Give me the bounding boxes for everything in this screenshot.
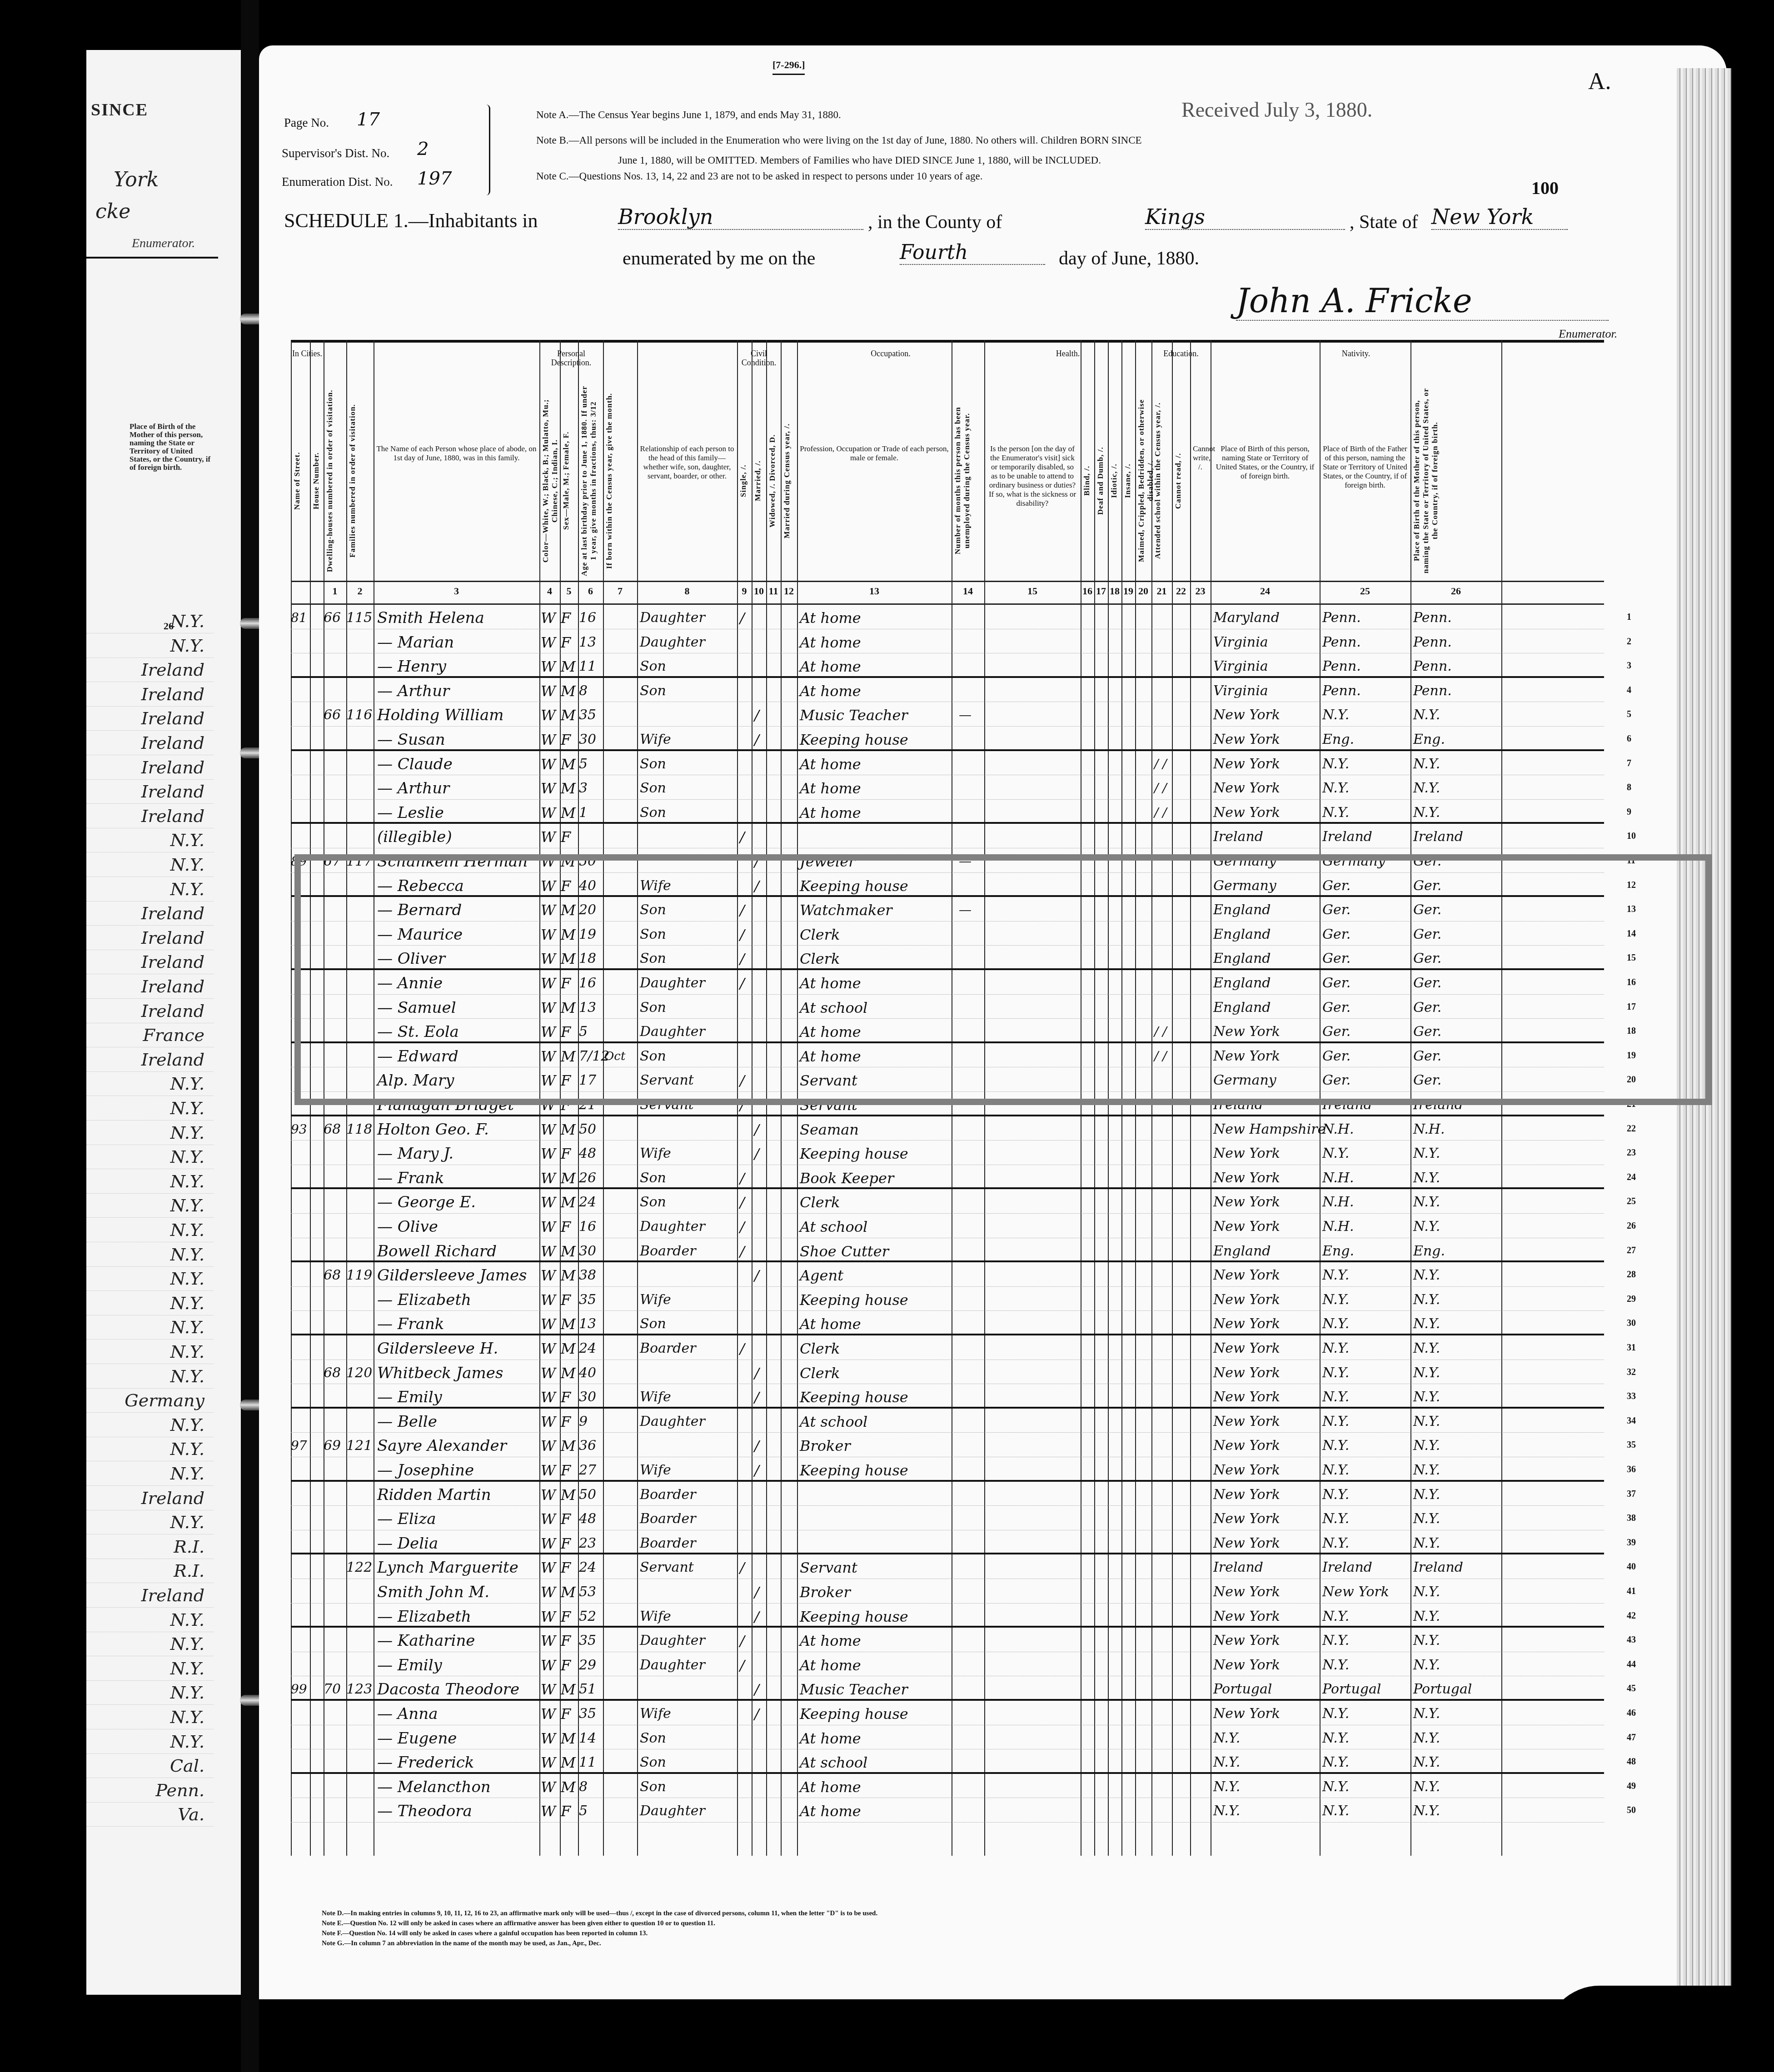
cell-house: [291, 1533, 310, 1554]
enumeration-district-value: 197: [417, 168, 452, 189]
cell-color: W: [541, 1752, 559, 1773]
cell-color: W: [541, 778, 559, 799]
cell-color: W: [541, 1314, 559, 1335]
cell-mother: Penn.: [1413, 632, 1502, 653]
cell-name: — Claude: [377, 754, 541, 775]
cell-color: W: [541, 1533, 559, 1554]
cell-family: 115: [346, 608, 374, 628]
table-row: — ElizaWF48BoarderNew YorkN.Y.N.Y.38: [291, 1506, 1604, 1530]
cell-father: N.Y.: [1322, 1533, 1411, 1554]
cell-name: — Anna: [377, 1703, 541, 1724]
cell-occupation: Keeping house: [800, 1143, 950, 1164]
cell-mother: N.Y.: [1413, 1728, 1502, 1749]
cell-school: [1154, 1435, 1195, 1456]
cell-month: [604, 656, 636, 677]
cell-month: [604, 1777, 636, 1798]
line-number: 10: [1627, 831, 1636, 842]
cell-name: — Eliza: [377, 1509, 541, 1529]
cell-mother: N.Y.: [1413, 1387, 1502, 1408]
cell-age: 38: [579, 1265, 604, 1286]
cell-name: — Emily: [377, 1387, 541, 1408]
cell-house: [291, 1630, 310, 1651]
cell-family: [346, 1168, 374, 1189]
cell-family: [346, 1460, 374, 1481]
cell-dwelling: 66: [324, 608, 346, 628]
cell-dwelling: [324, 802, 346, 823]
cell-mother: N.Y.: [1413, 754, 1502, 775]
cell-family: [346, 1314, 374, 1335]
cell-birth: Ireland: [1213, 1557, 1321, 1578]
table-row: — ElizabethWF52Wife/Keeping houseNew Yor…: [291, 1604, 1604, 1628]
highlighted-household-box: [294, 854, 1712, 1105]
column-number: 2: [346, 585, 374, 597]
left-page-row: N.Y.: [86, 609, 214, 633]
cell-month: [604, 1411, 636, 1432]
cell-occupation: [800, 1533, 950, 1554]
line-number: 7: [1627, 758, 1631, 769]
cell-color: W: [541, 1679, 559, 1700]
left-page-row: Ireland: [86, 974, 214, 999]
cell-occupation: Keeping house: [800, 1387, 950, 1408]
cell-mother: N.Y.: [1413, 1630, 1502, 1651]
left-page-row: N.Y.: [86, 1291, 214, 1315]
cell-color: W: [541, 1265, 559, 1286]
cell-color: W: [541, 656, 559, 677]
cell-month: [604, 1460, 636, 1481]
cell-age: 30: [579, 1241, 604, 1262]
state-field: New York: [1431, 204, 1568, 230]
cell-house: [291, 1801, 310, 1822]
cell-birth: New York: [1213, 802, 1321, 823]
cell-school: [1154, 1314, 1195, 1335]
column-number: 26: [1410, 585, 1501, 597]
cell-unemployed: [959, 802, 982, 823]
cell-father: N.Y.: [1322, 1435, 1411, 1456]
cell-single: [740, 681, 752, 702]
cell-mother: Penn.: [1413, 608, 1502, 628]
cell-birth: New York: [1213, 1314, 1321, 1335]
cell-sex: M: [561, 1363, 578, 1384]
column-header: Insane, /.: [1123, 385, 1133, 576]
left-page-row: N.Y.: [86, 1364, 214, 1389]
column-header: Attended school within the Census year, …: [1153, 385, 1170, 576]
column-header: Cannot write, /.: [1193, 444, 1208, 472]
cell-name: — Josephine: [377, 1460, 541, 1481]
cell-age: 48: [579, 1509, 604, 1529]
cell-dwelling: [324, 1777, 346, 1798]
line-number: 33: [1627, 1391, 1636, 1402]
cell-age: 51: [579, 1679, 604, 1700]
cell-dwelling: [324, 1168, 346, 1189]
cell-color: W: [541, 1241, 559, 1262]
left-page-row: Ireland: [86, 999, 214, 1023]
cell-month: [604, 1630, 636, 1651]
cell-color: W: [541, 1387, 559, 1408]
cell-name: — Belle: [377, 1411, 541, 1432]
cell-occupation: Clerk: [800, 1192, 950, 1213]
left-page-row: Ireland: [86, 1486, 214, 1510]
cell-month: [604, 1533, 636, 1554]
received-stamp: Received July 3, 1880.: [1181, 98, 1372, 122]
cell-color: W: [541, 632, 559, 653]
table-row: (illegible)WF/IrelandIrelandIreland10: [291, 824, 1604, 848]
cell-name: Sayre Alexander: [377, 1435, 541, 1456]
cell-name: Holding William: [377, 705, 541, 726]
cell-birth: Virginia: [1213, 632, 1321, 653]
cell-age: 16: [579, 1216, 604, 1237]
line-number: 50: [1627, 1805, 1636, 1816]
left-page-row: N.Y.: [86, 1071, 214, 1096]
cell-age: 50: [579, 1484, 604, 1505]
cell-occupation: At home: [800, 656, 950, 677]
cell-house: [291, 778, 310, 799]
cell-married: [754, 1241, 766, 1262]
left-page-mother-birthplace: Ireland: [141, 708, 204, 728]
cell-dwelling: [324, 1801, 346, 1822]
cell-unemployed: [959, 656, 982, 677]
cell-mother: N.Y.: [1413, 1606, 1502, 1627]
cell-occupation: At school: [800, 1216, 950, 1237]
cell-dwelling: [324, 729, 346, 750]
cell-unemployed: [959, 1290, 982, 1310]
cell-mother: N.Y.: [1413, 1265, 1502, 1286]
left-page-row: N.Y.: [86, 1437, 214, 1461]
line-number: 48: [1627, 1757, 1636, 1767]
cell-dwelling: [324, 754, 346, 775]
cell-color: W: [541, 1777, 559, 1798]
cell-birth: New York: [1213, 1582, 1321, 1603]
left-page-mother-birthplace: N.Y.: [170, 1732, 204, 1752]
cell-single: [740, 778, 752, 799]
cell-month: [604, 1338, 636, 1359]
cell-relation: Boarder: [640, 1509, 738, 1529]
column-number: 8: [637, 585, 737, 597]
cell-school: [1154, 1143, 1195, 1164]
cell-house: 93: [291, 1119, 310, 1140]
cell-school: [1154, 1703, 1195, 1724]
cell-name: — Elizabeth: [377, 1606, 541, 1627]
cell-month: [604, 802, 636, 823]
cell-month: [604, 1168, 636, 1189]
cell-occupation: Shoe Cutter: [800, 1241, 950, 1262]
left-page-row: Ireland: [86, 731, 214, 755]
left-page-state-fragment: York: [114, 168, 159, 191]
form-code: [7-296.]: [772, 59, 805, 75]
cell-married: /: [754, 1679, 766, 1700]
column-group-personal: Personal Description.: [539, 349, 603, 367]
cell-relation: [640, 1363, 738, 1384]
cell-color: W: [541, 827, 559, 847]
note-d: Note D.—In making entries in columns 9, …: [322, 1908, 877, 1918]
cell-age: 24: [579, 1557, 604, 1578]
cell-relation: Wife: [640, 1703, 738, 1724]
column-header: Sex—Male, M.; Female, F.: [562, 385, 576, 576]
cell-unemployed: [959, 1777, 982, 1798]
cell-birth: New York: [1213, 1265, 1321, 1286]
cell-house: [291, 1216, 310, 1237]
left-page-mother-birthplace: N.Y.: [170, 1245, 204, 1265]
cell-occupation: Broker: [800, 1582, 950, 1603]
cell-age: 11: [579, 656, 604, 677]
cell-occupation: Book Keeper: [800, 1168, 950, 1189]
cell-age: 35: [579, 1630, 604, 1651]
cell-unemployed: [959, 681, 982, 702]
cell-school: [1154, 1265, 1195, 1286]
column-number: 4: [539, 585, 560, 597]
cell-relation: Wife: [640, 1290, 738, 1310]
left-page-mother-birthplace: N.Y.: [170, 1683, 204, 1703]
cell-school: [1154, 827, 1195, 847]
cell-single: [740, 1265, 752, 1286]
cell-family: [346, 1192, 374, 1213]
cell-mother: N.Y.: [1413, 1168, 1502, 1189]
left-page-col26-header: Place of Birth of the Mother of this per…: [130, 423, 211, 472]
cell-father: N.Y.: [1322, 778, 1411, 799]
cell-father: N.H.: [1322, 1192, 1411, 1213]
cell-house: [291, 705, 310, 726]
cell-father: Ireland: [1322, 827, 1411, 847]
cell-single: [740, 1752, 752, 1773]
left-page-mother-birthplace: Cal.: [170, 1756, 204, 1776]
note-f: Note F.—Question No. 14 will only be ask…: [322, 1928, 877, 1938]
cell-single: [740, 632, 752, 653]
cell-unemployed: [959, 1728, 982, 1749]
cell-father: N.Y.: [1322, 1752, 1411, 1773]
sheet-letter: A.: [1588, 68, 1611, 95]
cell-house: [291, 1411, 310, 1432]
cell-age: 9: [579, 1411, 604, 1432]
cell-name: Holton Geo. F.: [377, 1119, 541, 1140]
cell-dwelling: 69: [324, 1435, 346, 1456]
cell-occupation: At school: [800, 1752, 950, 1773]
cell-age: 11: [579, 1752, 604, 1773]
cell-name: — George E.: [377, 1192, 541, 1213]
cell-sex: F: [561, 608, 578, 628]
column-header: Blind, /.: [1082, 385, 1092, 576]
cell-age: 5: [579, 754, 604, 775]
cell-color: W: [541, 1801, 559, 1822]
cell-father: N.Y.: [1322, 1777, 1411, 1798]
cell-dwelling: [324, 1703, 346, 1724]
cell-married: /: [754, 1703, 766, 1724]
cell-dwelling: [324, 656, 346, 677]
column-group-in-cities: In Cities.: [291, 349, 324, 358]
cell-sex: M: [561, 1777, 578, 1798]
cell-mother: N.Y.: [1413, 1460, 1502, 1481]
column-group-health: Health.: [984, 349, 1151, 358]
cell-sex: M: [561, 1728, 578, 1749]
cell-school: [1154, 729, 1195, 750]
cell-single: /: [740, 1630, 752, 1651]
left-page-mother-birthplace: N.Y.: [170, 1074, 204, 1094]
cell-house: [291, 754, 310, 775]
day-field: Fourth: [900, 241, 1045, 265]
cell-birth: N.Y.: [1213, 1752, 1321, 1773]
cell-occupation: Broker: [800, 1435, 950, 1456]
left-page-row: Ireland: [86, 682, 214, 707]
column-number: 5: [560, 585, 578, 597]
cell-month: [604, 1606, 636, 1627]
cell-month: [604, 1582, 636, 1603]
cell-month: [604, 1703, 636, 1724]
cell-school: [1154, 1216, 1195, 1237]
cell-color: W: [541, 1168, 559, 1189]
left-page-mother-birthplace: N.Y.: [170, 1415, 204, 1435]
cell-family: [346, 827, 374, 847]
line-number: 9: [1627, 807, 1631, 817]
cell-color: W: [541, 1411, 559, 1432]
left-page-row: Ireland: [86, 755, 214, 780]
line-number: 8: [1627, 782, 1631, 793]
cell-unemployed: [959, 1801, 982, 1822]
cell-relation: Son: [640, 802, 738, 823]
table-row: — ArthurWM3SonAt home/ /New YorkN.Y.N.Y.…: [291, 775, 1604, 800]
cell-unemployed: [959, 1168, 982, 1189]
cell-month: [604, 754, 636, 775]
column-header: Families numbered in order of visitation…: [348, 385, 372, 576]
cell-father: N.Y.: [1322, 1143, 1411, 1164]
cell-school: [1154, 1533, 1195, 1554]
cell-family: [346, 1533, 374, 1554]
cell-school: [1154, 1606, 1195, 1627]
left-page-strip: SINCE York cke Enumerator. Place of Birt…: [86, 50, 241, 1995]
cell-mother: N.Y.: [1413, 1143, 1502, 1164]
cell-birth: New York: [1213, 1338, 1321, 1359]
cell-month: [604, 1752, 636, 1773]
cell-birth: New York: [1213, 1630, 1321, 1651]
cell-sex: F: [561, 1703, 578, 1724]
cell-birth: N.Y.: [1213, 1728, 1321, 1749]
cell-month: [604, 1216, 636, 1237]
column-number: 18: [1108, 585, 1121, 597]
table-row: — ClaudeWM5SonAt home/ /New YorkN.Y.N.Y.…: [291, 751, 1604, 776]
column-number: 24: [1211, 585, 1320, 597]
cell-father: N.Y.: [1322, 1509, 1411, 1529]
cell-mother: N.Y.: [1413, 1363, 1502, 1384]
cell-family: [346, 729, 374, 750]
table-row: — EmilyWF29Daughter/At homeNew YorkN.Y.N…: [291, 1652, 1604, 1677]
cell-birth: Portugal: [1213, 1679, 1321, 1700]
cell-school: / /: [1154, 754, 1195, 775]
cell-age: 23: [579, 1533, 604, 1554]
cell-unemployed: [959, 778, 982, 799]
cell-house: [291, 1241, 310, 1262]
cell-sex: F: [561, 827, 578, 847]
cell-family: [346, 1509, 374, 1529]
cell-father: N.Y.: [1322, 1728, 1411, 1749]
column-header: Place of Birth of this person, naming St…: [1213, 444, 1317, 481]
cell-occupation: [800, 827, 950, 847]
column-header: Widowed, /. Divorced, D.: [768, 385, 779, 576]
left-page-row: N.Y.: [86, 1315, 214, 1340]
left-page-row: R.I.: [86, 1559, 214, 1583]
cell-unemployed: [959, 1460, 982, 1481]
cell-month: [604, 1435, 636, 1456]
left-page-row: N.Y.: [86, 1510, 214, 1534]
cell-age: 52: [579, 1606, 604, 1627]
cell-house: [291, 656, 310, 677]
cell-sex: F: [561, 1143, 578, 1164]
left-page-mother-birthplace: Ireland: [141, 660, 204, 680]
left-page-row: Ireland: [86, 706, 214, 731]
line-number: 36: [1627, 1464, 1636, 1475]
cell-dwelling: [324, 1655, 346, 1676]
cell-mother: N.Y.: [1413, 1484, 1502, 1505]
cell-mother: N.Y.: [1413, 705, 1502, 726]
line-number: 6: [1627, 734, 1631, 744]
cell-family: [346, 1777, 374, 1798]
cell-birth: New York: [1213, 1363, 1321, 1384]
cell-single: [740, 1801, 752, 1822]
cell-age: 14: [579, 1728, 604, 1749]
cell-month: [604, 632, 636, 653]
cell-dwelling: 68: [324, 1265, 346, 1286]
cell-married: [754, 681, 766, 702]
cell-birth: New York: [1213, 778, 1321, 799]
table-row: — TheodoraWF5DaughterAt homeN.Y.N.Y.N.Y.…: [291, 1798, 1604, 1823]
table-row: — OliveWF16Daughter/At schoolNew YorkN.H…: [291, 1214, 1604, 1238]
cell-mother: N.Y.: [1413, 802, 1502, 823]
cell-dwelling: [324, 1290, 346, 1310]
cell-dwelling: [324, 1411, 346, 1432]
cell-relation: [640, 1679, 738, 1700]
cell-mother: Ireland: [1413, 827, 1502, 847]
left-page-since-text: SINCE: [91, 100, 148, 120]
cell-school: [1154, 1801, 1195, 1822]
cell-birth: New York: [1213, 1216, 1321, 1237]
table-row: — MelancthonWM8SonAt homeN.Y.N.Y.N.Y.49: [291, 1774, 1604, 1798]
cell-dwelling: [324, 1338, 346, 1359]
table-row: 9368118Holton Geo. F.WM50/SeamanNew Hamp…: [291, 1116, 1604, 1141]
line-number: 4: [1627, 685, 1631, 696]
column-number: 7: [603, 585, 637, 597]
note-b-line1: Note B.—All persons will be included in …: [536, 134, 1142, 146]
cell-father: New York: [1322, 1582, 1411, 1603]
left-page-row: N.Y.: [86, 1656, 214, 1681]
column-number: 23: [1190, 585, 1211, 597]
left-page-mother-birthplace: N.Y.: [170, 1123, 204, 1143]
cell-color: W: [541, 1728, 559, 1749]
cell-married: [754, 827, 766, 847]
cell-unemployed: [959, 1338, 982, 1359]
cell-married: /: [754, 1143, 766, 1164]
line-number: 26: [1627, 1221, 1636, 1231]
cell-color: W: [541, 1606, 559, 1627]
left-page-row: Ireland: [86, 804, 214, 828]
left-page-mother-birthplace: Va.: [178, 1804, 204, 1824]
cell-relation: [640, 1582, 738, 1603]
cell-single: [740, 1387, 752, 1408]
cell-family: [346, 1484, 374, 1505]
cell-birth: New York: [1213, 1460, 1321, 1481]
line-number: 3: [1627, 661, 1631, 671]
table-row: 68120Whitbeck JamesWM40/ClerkNew YorkN.Y…: [291, 1360, 1604, 1385]
table-row: — FrederickWM11SonAt schoolN.Y.N.Y.N.Y.4…: [291, 1749, 1604, 1774]
cell-color: W: [541, 608, 559, 628]
cell-mother: N.Y.: [1413, 1533, 1502, 1554]
schedule-label: SCHEDULE 1.—Inhabitants in: [284, 209, 538, 232]
cell-dwelling: [324, 1241, 346, 1262]
cell-married: [754, 1728, 766, 1749]
cell-dwelling: 68: [324, 1363, 346, 1384]
cell-color: W: [541, 1484, 559, 1505]
city-field: Brooklyn: [618, 204, 863, 230]
left-page-row: Germany: [86, 1388, 214, 1413]
cell-house: [291, 1728, 310, 1749]
cell-family: 119: [346, 1265, 374, 1286]
left-page-row: N.Y.: [86, 1705, 214, 1729]
cell-father: N.Y.: [1322, 1484, 1411, 1505]
